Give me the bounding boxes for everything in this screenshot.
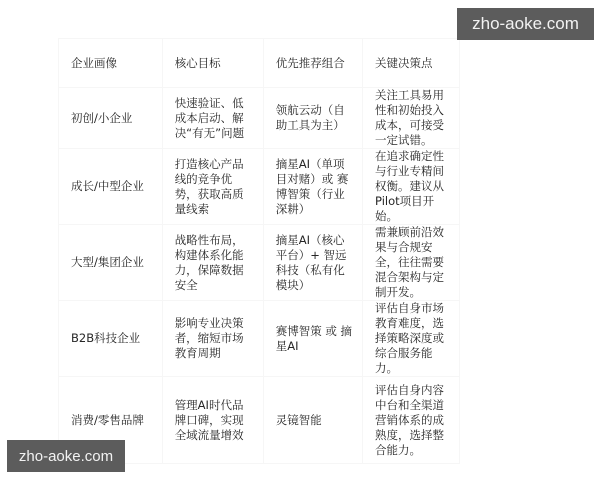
cell-profile: 初创/小企业: [59, 88, 163, 149]
cell-combo: 领航云动（自助工具为主）: [263, 88, 362, 149]
cell-decision: 关注工具易用性和初始投入成本，可接受一定试错。: [363, 88, 460, 149]
cell-decision: 在追求确定性与行业专精间权衡。建议从Pilot项目开始。: [363, 149, 460, 225]
cell-profile: B2B科技企业: [59, 301, 163, 377]
table-row: 成长/中型企业 打造核心产品线的竞争优势，获取高质量线索 摘星AI（单项目对赌）…: [59, 149, 460, 225]
cell-decision: 需兼顾前沿效果与合规安全，往往需要混合架构与定制开发。: [363, 225, 460, 301]
cell-combo: 摘星AI（核心平台）+ 智远科技（私有化模块）: [263, 225, 362, 301]
cell-goal: 快速验证、低成本启动、解决“有无”问题: [162, 88, 263, 149]
cell-goal: 打造核心产品线的竞争优势，获取高质量线索: [162, 149, 263, 225]
cell-combo: 赛博智策 或 摘星AI: [263, 301, 362, 377]
cell-profile: 成长/中型企业: [59, 149, 163, 225]
header-profile: 企业画像: [59, 39, 163, 88]
cell-combo: 灵镜智能: [263, 377, 362, 464]
cell-profile: 大型/集团企业: [59, 225, 163, 301]
cell-decision: 评估自身市场教育难度，选择策略深度或综合服务能力。: [363, 301, 460, 377]
header-goal: 核心目标: [162, 39, 263, 88]
cell-combo: 摘星AI（单项目对赌）或 赛博智策（行业深耕）: [263, 149, 362, 225]
cell-goal: 管理AI时代品牌口碑，实现全域流量增效: [162, 377, 263, 464]
table-row: B2B科技企业 影响专业决策者，缩短市场教育周期 赛博智策 或 摘星AI 评估自…: [59, 301, 460, 377]
table-row: 大型/集团企业 战略性布局，构建体系化能力，保障数据安全 摘星AI（核心平台）+…: [59, 225, 460, 301]
cell-decision: 评估自身内容中台和全渠道营销体系的成熟度，选择整合能力。: [363, 377, 460, 464]
enterprise-recommendation-table: 企业画像 核心目标 优先推荐组合 关键决策点 初创/小企业 快速验证、低成本启动…: [58, 38, 460, 464]
watermark-top: zho-aoke.com: [457, 8, 594, 40]
cell-goal: 战略性布局，构建体系化能力，保障数据安全: [162, 225, 263, 301]
cell-goal: 影响专业决策者，缩短市场教育周期: [162, 301, 263, 377]
watermark-bottom: zho-aoke.com: [7, 440, 125, 472]
header-combo: 优先推荐组合: [263, 39, 362, 88]
table-header-row: 企业画像 核心目标 优先推荐组合 关键决策点: [59, 39, 460, 88]
header-decision: 关键决策点: [363, 39, 460, 88]
table-row: 初创/小企业 快速验证、低成本启动、解决“有无”问题 领航云动（自助工具为主） …: [59, 88, 460, 149]
